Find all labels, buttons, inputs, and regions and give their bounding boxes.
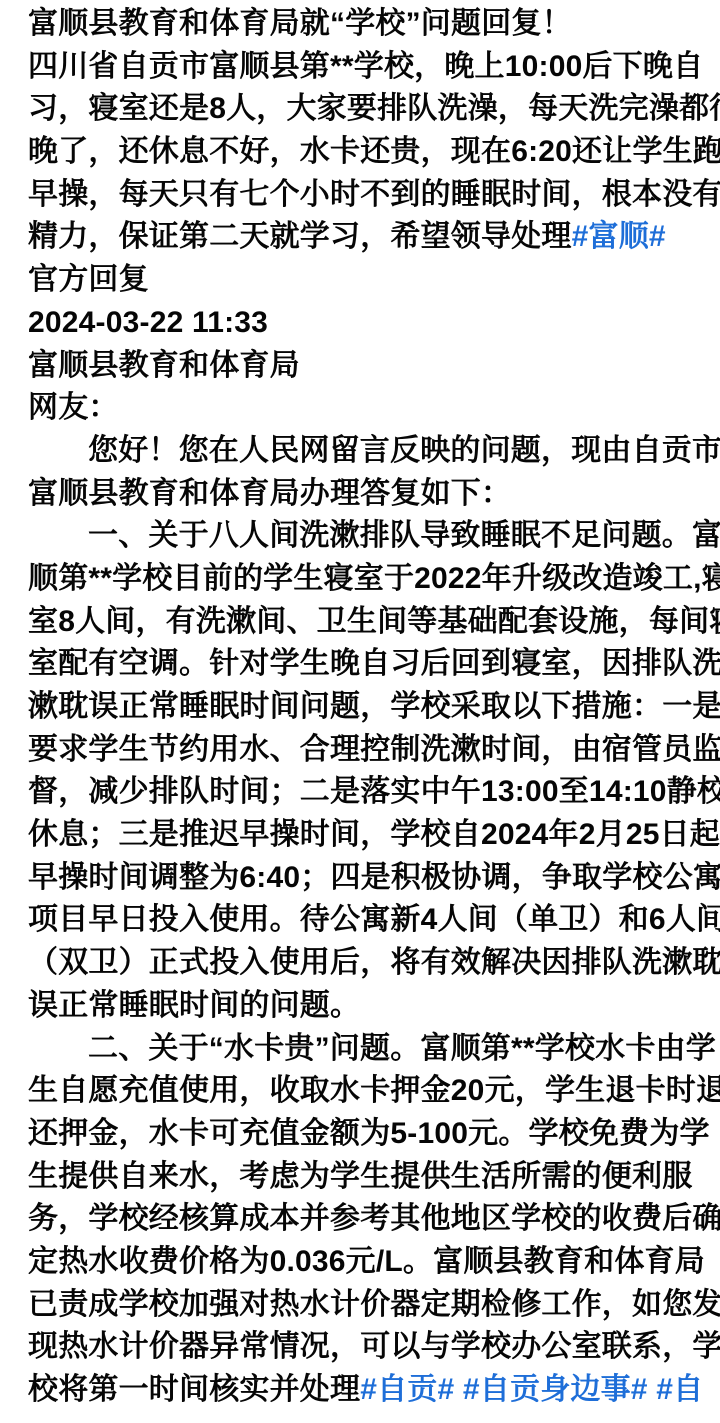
reply-text: 富顺县教育和体育局办理答复如下：	[28, 473, 700, 516]
reply-text: 督，减少排队时间；二是落实中午13:00至14:10静校	[28, 771, 700, 814]
text-segment: 已责成学校加强对热水计价器定期检修工作，如您发	[28, 1288, 720, 1321]
reply-text: 休息；三是推迟早操时间，学校自2024年2月25日起	[28, 814, 700, 857]
agency-name: 富顺县教育和体育局	[28, 345, 700, 388]
reply-text: 现热水计价器异常情况，可以与学校办公室联系，学	[28, 1326, 700, 1369]
text-segment: 精力，保证第二天就学习，希望领导处理	[28, 220, 572, 253]
text-segment: 晚了，还休息不好，水卡还贵，现在6:20还让学生跑	[28, 135, 720, 168]
complaint-text: 早操，每天只有七个小时不到的睡眠时间，根本没有	[28, 174, 700, 217]
complaint-text: 习，寝室还是8人，大家要排队洗澡，每天洗完澡都很	[28, 88, 700, 131]
text-segment	[454, 1373, 463, 1406]
text-segment	[648, 1373, 657, 1406]
reply-text: 早操时间调整为6:40；四是积极协调，争取学校公寓	[28, 857, 700, 900]
text-segment: 富顺县教育和体育局办理答复如下：	[28, 477, 511, 510]
official-reply-label: 官方回复	[28, 259, 700, 302]
reply-text: 漱耽误正常睡眠时间问题，学校采取以下措施：一是	[28, 686, 700, 729]
text-segment: 网友：	[28, 391, 119, 424]
text-segment: 四川省自贡市富顺县第**学校，晚上10:00后下晚自	[28, 50, 703, 83]
text-segment: 生提供自来水，考虑为学生提供生活所需的便利服	[28, 1160, 692, 1193]
reply-text: （双卫）正式投入使用后，将有效解决因排队洗漱耽	[28, 942, 700, 985]
text-segment: 您好！您在人民网留言反映的问题，现由自贡市	[88, 434, 720, 467]
reply-text: 还押金，水卡可充值金额为5-100元。学校免费为学	[28, 1113, 700, 1156]
complaint-text: 精力，保证第二天就学习，希望领导处理#富顺#	[28, 216, 700, 259]
reply-text: 生提供自来水，考虑为学生提供生活所需的便利服	[28, 1156, 700, 1199]
reply-text: 二、关于“水卡贵”问题。富顺第**学校水卡由学	[28, 1028, 700, 1071]
text-segment: 还押金，水卡可充值金额为5-100元。学校免费为学	[28, 1117, 710, 1150]
text-segment: 漱耽误正常睡眠时间问题，学校采取以下措施：一是	[28, 690, 720, 723]
text-segment: 定热水收费价格为0.036元/L。富顺县教育和体育局	[28, 1245, 705, 1278]
text-segment: 督，减少排队时间；二是落实中午13:00至14:10静校	[28, 775, 720, 808]
text-segment: 现热水计价器异常情况，可以与学校办公室联系，学	[28, 1330, 720, 1363]
text-segment: 室8人间，有洗漱间、卫生间等基础配套设施，每间寝	[28, 605, 720, 638]
text-segment: 早操，每天只有七个小时不到的睡眠时间，根本没有	[28, 178, 720, 211]
reply-text: 务，学校经核算成本并参考其他地区学校的收费后确	[28, 1198, 700, 1241]
salutation: 网友：	[28, 387, 700, 430]
reply-text: 生自愿充值使用，收取水卡押金20元，学生退卡时退	[28, 1070, 700, 1113]
text-segment: 误正常睡眠时间的问题。	[28, 989, 360, 1022]
reply-text: 误正常睡眠时间的问题。	[28, 985, 700, 1028]
reply-text: 项目早日投入使用。待公寓新4人间（单卫）和6人间	[28, 899, 700, 942]
text-segment: 富顺县教育和体育局就“学校”问题回复！	[28, 7, 572, 40]
reply-text: 顺第**学校目前的学生寝室于2022年升级改造竣工,寝	[28, 558, 700, 601]
text-segment: 休息；三是推迟早操时间，学校自2024年2月25日起	[28, 818, 720, 851]
hashtag-link[interactable]: #富顺#	[572, 220, 666, 253]
reply-text: 室配有空调。针对学生晚自习后回到寝室，因排队洗	[28, 643, 700, 686]
hashtag-link[interactable]: #自	[656, 1373, 703, 1406]
post-content: 富顺县教育和体育局就“学校”问题回复！四川省自贡市富顺县第**学校，晚上10:0…	[0, 0, 720, 1412]
text-segment: 顺第**学校目前的学生寝室于2022年升级改造竣工,寝	[28, 562, 720, 595]
text-segment: 室配有空调。针对学生晚自习后回到寝室，因排队洗	[28, 647, 720, 680]
text-segment: 生自愿充值使用，收取水卡押金20元，学生退卡时退	[28, 1074, 720, 1107]
reply-text: 定热水收费价格为0.036元/L。富顺县教育和体育局	[28, 1241, 700, 1284]
post-title: 富顺县教育和体育局就“学校”问题回复！	[28, 3, 700, 46]
text-segment: 二、关于“水卡贵”问题。富顺第**学校水卡由学	[88, 1032, 716, 1065]
reply-text: 一、关于八人间洗漱排队导致睡眠不足问题。富	[28, 515, 700, 558]
text-segment: 项目早日投入使用。待公寓新4人间（单卫）和6人间	[28, 903, 720, 936]
reply-text: 已责成学校加强对热水计价器定期检修工作，如您发	[28, 1284, 700, 1327]
text-segment: （双卫）正式投入使用后，将有效解决因排队洗漱耽	[28, 946, 720, 979]
text-segment: 习，寝室还是8人，大家要排队洗澡，每天洗完澡都很	[28, 92, 720, 125]
text-segment: 一、关于八人间洗漱排队导致睡眠不足问题。富	[88, 519, 720, 552]
complaint-text: 晚了，还休息不好，水卡还贵，现在6:20还让学生跑	[28, 131, 700, 174]
text-segment: 务，学校经核算成本并参考其他地区学校的收费后确	[28, 1202, 720, 1235]
reply-text: 要求学生节约用水、合理控制洗漱时间，由宿管员监	[28, 729, 700, 772]
complaint-text: 四川省自贡市富顺县第**学校，晚上10:00后下晚自	[28, 46, 700, 89]
text-segment: 要求学生节约用水、合理控制洗漱时间，由宿管员监	[28, 733, 720, 766]
text-segment: 富顺县教育和体育局	[28, 349, 300, 382]
reply-text: 您好！您在人民网留言反映的问题，现由自贡市	[28, 430, 700, 473]
reply-timestamp: 2024-03-22 11:33	[28, 302, 700, 345]
hashtag-link[interactable]: #自贡身边事#	[463, 1373, 648, 1406]
text-segment: 官方回复	[28, 263, 149, 296]
reply-text: 室8人间，有洗漱间、卫生间等基础配套设施，每间寝	[28, 601, 700, 644]
text-segment: 早操时间调整为6:40；四是积极协调，争取学校公寓	[28, 861, 720, 894]
text-segment: 校将第一时间核实并处理	[28, 1373, 360, 1406]
hashtag-link[interactable]: #自贡#	[360, 1373, 454, 1406]
text-segment: 2024-03-22 11:33	[28, 306, 268, 339]
reply-text: 校将第一时间核实并处理#自贡# #自贡身边事# #自	[28, 1369, 700, 1412]
